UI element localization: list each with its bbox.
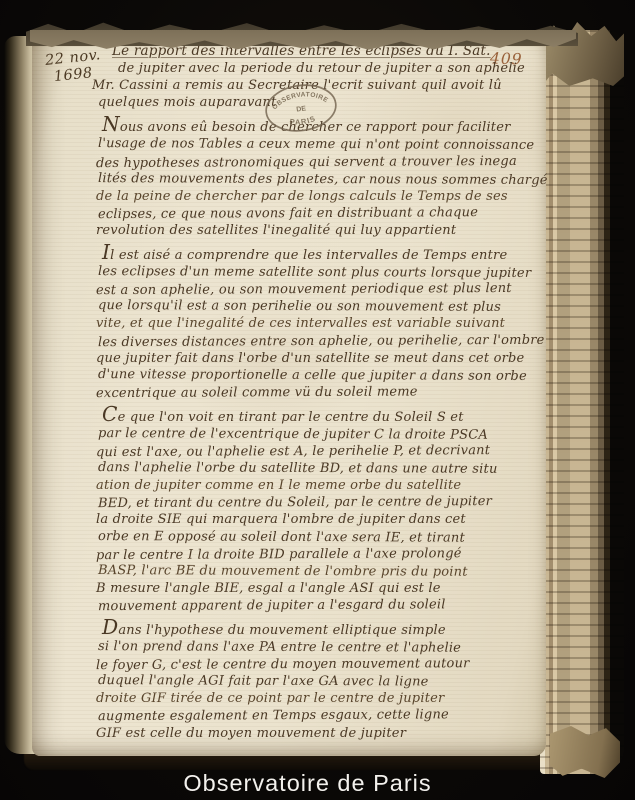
manuscript-paragraph: Nous avons eû besoin de chercher ce rapp…	[96, 117, 532, 239]
caption-text: Observatoire de Paris	[183, 770, 431, 797]
fore-edge-page-stack	[540, 30, 624, 774]
manuscript-line: dans l'aphelie l'orbe du satellite BD, e…	[98, 459, 532, 478]
stamp-text-bottom: PARIS	[288, 113, 318, 128]
manuscript-line: ation de jupiter comme en I le meme orbe…	[96, 477, 532, 494]
manuscript-line: Ce que l'on voit en tirant par le centre…	[96, 407, 532, 426]
photo-backdrop: { "colors": { "background": "#0b0907", "…	[0, 0, 635, 800]
manuscript-line: Il est aisé a comprendre que les interva…	[96, 245, 532, 264]
manuscript-line: Dans l'hypothese du mouvement elliptique…	[96, 620, 532, 639]
manuscript-line: par le centre I la droite BID parallele …	[96, 544, 532, 563]
manuscript-line: BASP, l'arc BE du mouvement de l'ombre p…	[98, 562, 532, 581]
manuscript-paragraph: Ce que l'on voit en tirant par le centre…	[96, 407, 532, 614]
manuscript-line: lités des mouvements des planetes, car n…	[98, 170, 532, 189]
manuscript-line: que jupiter fait dans l'orbe d'un satell…	[96, 350, 532, 367]
manuscript-line: des hypotheses astronomiques qui servent…	[96, 152, 532, 171]
manuscript-line: l'usage de nos Tables a ceux meme qui n'…	[98, 136, 532, 155]
observatoire-stamp: OBSERVATOIRE DE PARIS	[257, 75, 346, 142]
manuscript-paragraph: Il est aisé a comprendre que les interva…	[96, 245, 532, 401]
manuscript-line: droite GIF tirée de ce point par le cent…	[96, 690, 532, 707]
manuscript-line: BED, et tirant du centre du Soleil, par …	[98, 493, 532, 512]
heading-line: de jupiter avec la periode du retour de …	[118, 60, 532, 77]
manuscript-line: de la peine de chercher par de longs cal…	[96, 188, 532, 205]
svg-text:PARIS: PARIS	[288, 113, 318, 128]
manuscript-line: revolution des satellites l'inegalité qu…	[96, 222, 532, 239]
manuscript-line: duquel l'angle AGI fait par l'axe GA ave…	[98, 672, 532, 691]
manuscript-line: par le centre de l'excentrique de jupite…	[98, 425, 532, 444]
manuscript-line: augmente esgalement en Temps esgaux, cet…	[98, 706, 532, 725]
caption-band: Observatoire de Paris	[0, 766, 635, 800]
manuscript-line: que lorsqu'il est a son perihelie ou son…	[98, 297, 532, 316]
manuscript-line: GIF est celle du moyen mouvement de jupi…	[96, 725, 532, 742]
manuscript-line: les diverses distances entre son aphelie…	[98, 331, 532, 350]
manuscript-line: excentrique au soleil comme vü du soleil…	[96, 383, 532, 402]
manuscript-page: 22 nov. 1698 409 Le rapport des interval…	[32, 34, 546, 756]
manuscript-line: eclipses, ce que nous avons fait en dist…	[98, 204, 532, 223]
manuscript-line: B mesure l'angle BIE, esgal a l'angle AS…	[96, 580, 532, 597]
manuscript-line: la droite SIE qui marquera l'ombre de ju…	[96, 511, 532, 528]
stamp-text-middle: DE	[296, 105, 307, 113]
manuscript-paragraph: Dans l'hypothese du mouvement elliptique…	[96, 620, 532, 742]
manuscript-line: orbe en E opposé au soleil dont l'axe se…	[98, 528, 532, 547]
manuscript-line: d'une vitesse proportionelle a celle que…	[98, 366, 532, 385]
manuscript-line: mouvement apparent de jupiter a l'esgard…	[98, 596, 532, 615]
manuscript-text: Le rapport des intervalles entre les ecl…	[96, 43, 532, 742]
manuscript-line: vite, et que l'inegalité de ces interval…	[96, 315, 532, 332]
